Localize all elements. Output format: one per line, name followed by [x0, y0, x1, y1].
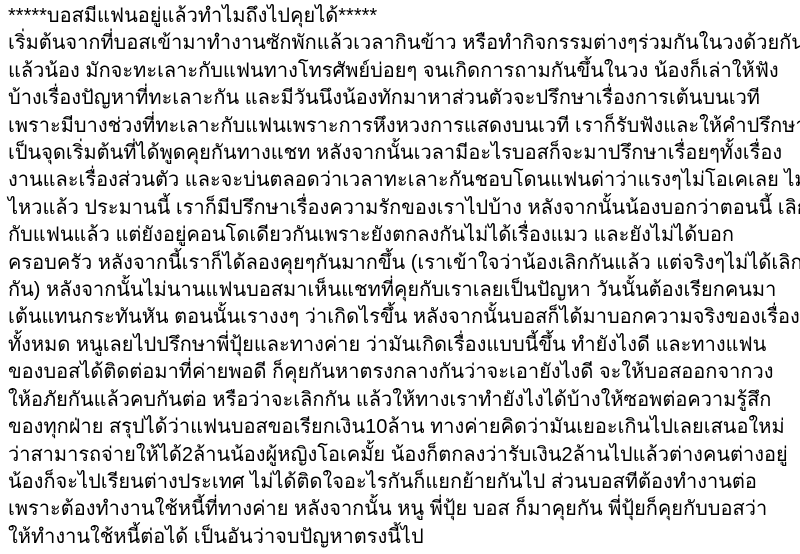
- text-line: เพราะมีบางช่วงที่ทะเลาะกับแฟนเพราะการหึง…: [8, 113, 790, 140]
- text-line: งานและเรื่องส่วนตัว และจะบ่นตลอดว่าเวลาท…: [8, 167, 790, 194]
- title-line: *****บอสมีแฟนอยู่แล้วทำไมถึงไปคุยได้****…: [8, 3, 790, 30]
- text-line: น้องก็จะไปเรียนต่างประเทศ ไม่ได้ติดใจอะไ…: [8, 469, 790, 496]
- text-line: บ้างเรื่องปัญหาที่ทะเลาะกัน และมีวันนึงน…: [8, 85, 790, 112]
- text-line: แล้วน้อง มักจะทะเลาะกับแฟนทางโทรศัพย์บ่อ…: [8, 58, 790, 85]
- text-line: ของทุกฝ่าย สรุปได้ว่าแฟนบอสขอเรียกเงิน10…: [8, 414, 790, 441]
- text-line: กับแฟนแล้ว แต่ยังอยู่คอนโดเดียวกันเพราะย…: [8, 222, 790, 249]
- text-line: ครอบครัว หลังจากนี้เราก็ได้ลองคุยๆกันมาก…: [8, 250, 790, 277]
- paragraph: *****บอสมีแฟนอยู่แล้วทำไมถึงไปคุยได้****…: [8, 3, 790, 551]
- text-line: ให้ทำงานใช้หนี้ต่อได้ เป็นอันว่าจบปัญหาต…: [8, 524, 790, 551]
- text-line: ทั้งหมด หนูเลยไปปรึกษาพี่ปุ้ยและทางค่าย …: [8, 332, 790, 359]
- text-line: ไหวแล้ว ประมานนี้ เราก็มีปรึกษาเรื่องควา…: [8, 195, 790, 222]
- document-page: *****บอสมีแฟนอยู่แล้วทำไมถึงไปคุยได้****…: [0, 0, 800, 554]
- text-line: ให้อภัยกันแล้วคบกันต่อ หรือว่าจะเลิกกัน …: [8, 387, 790, 414]
- text-line: กัน) หลังจากนั้นไม่นานแฟนบอสมาเห็นแชทที่…: [8, 277, 790, 304]
- text-line: เต้นแทนกระทันหัน ตอนนั้นเรางงๆ ว่าเกิดไร…: [8, 304, 790, 331]
- text-line: เป็นจุดเริ่มต้นที่ได้พูดคุยกันทางแชท หลั…: [8, 140, 790, 167]
- text-line: เริ่มต้นจากที่บอสเข้ามาทำงานซักพักแล้วเว…: [8, 30, 790, 57]
- text-line: ของบอสได้ติดต่อมาที่ค่ายพอดี ก็คุยกันหาต…: [8, 359, 790, 386]
- text-line: ว่าสามารถจ่ายให้ได้2ล้านน้องผู้หญิงโอเคม…: [8, 442, 790, 469]
- text-line: เพราะต้องทำงานใช้หนี้ที่ทางค่าย หลังจากน…: [8, 496, 790, 523]
